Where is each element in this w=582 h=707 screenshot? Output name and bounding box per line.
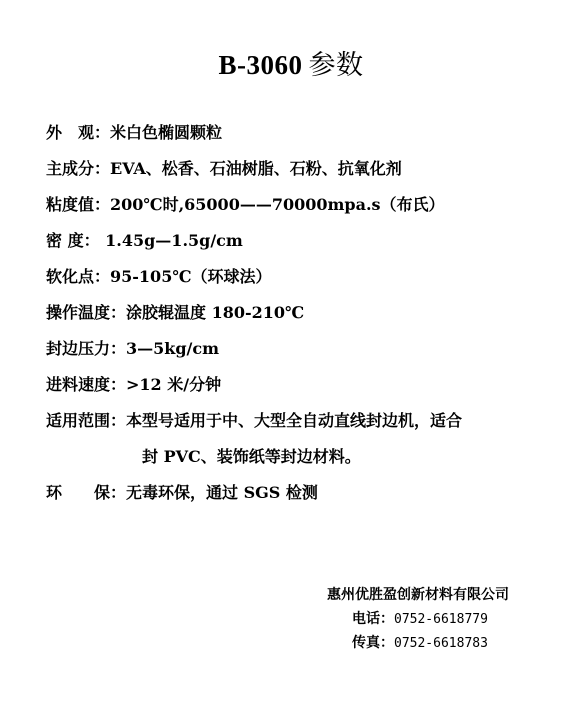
title-model: B-3060 <box>219 50 303 80</box>
spec-value: 95-105℃（环球法） <box>110 265 271 289</box>
spec-value: 涂胶辊温度 180-210℃ <box>126 301 304 325</box>
spec-value: EVA、松香、石油树脂、石粉、抗氧化剂 <box>110 157 402 181</box>
company-name: 惠州优胜盈创新材料有限公司 <box>327 583 509 607</box>
document-title: B-3060参数 <box>0 48 582 82</box>
spec-row-composition: 主成分： EVA、松香、石油树脂、石粉、抗氧化剂 <box>46 157 556 193</box>
spec-value: 无毒环保，通过 SGS 检测 <box>126 481 318 505</box>
spec-value: 1.45g—1.5g/cm <box>100 229 243 253</box>
spec-row-edge-pressure: 封边压力： 3—5kg/cm <box>46 337 556 373</box>
spec-label: 外 观： <box>46 121 110 145</box>
spec-label: 封边压力： <box>46 337 126 361</box>
spec-row-viscosity: 粘度值： 200℃时,65000——70000mpa.s（布氏） <box>46 193 556 229</box>
spec-value: 本型号适用于中、大型全自动直线封边机，适合 <box>126 409 462 433</box>
spec-value: 封 PVC、装饰纸等封边材料。 <box>142 445 361 469</box>
spec-label: 操作温度： <box>46 301 126 325</box>
spec-row-application-continued: 封 PVC、装饰纸等封边材料。 <box>46 445 556 481</box>
phone-number: 0752-6618779 <box>394 612 488 627</box>
title-suffix: 参数 <box>309 50 364 80</box>
phone-line: 电话：0752-6618779 <box>352 607 488 632</box>
spec-row-feed-speed: 进料速度： >12 米/分钟 <box>46 373 556 409</box>
spec-value: 200℃时,65000——70000mpa.s（布氏） <box>110 193 445 217</box>
spec-row-application: 适用范围： 本型号适用于中、大型全自动直线封边机，适合 <box>46 409 556 445</box>
spec-label: 主成分： <box>46 157 110 181</box>
fax-label: 传真： <box>352 635 394 651</box>
spec-row-appearance: 外 观： 米白色椭圆颗粒 <box>46 121 556 157</box>
spec-row-softening-point: 软化点： 95-105℃（环球法） <box>46 265 556 301</box>
spec-label: 粘度值： <box>46 193 110 217</box>
spec-list: 外 观： 米白色椭圆颗粒 主成分： EVA、松香、石油树脂、石粉、抗氧化剂 粘度… <box>46 121 556 517</box>
spec-value: 米白色椭圆颗粒 <box>110 121 222 145</box>
spec-label: 软化点： <box>46 265 110 289</box>
spec-value: >12 米/分钟 <box>126 373 221 397</box>
spec-label: 进料速度： <box>46 373 126 397</box>
fax-line: 传真：0752-6618783 <box>352 631 488 656</box>
fax-number: 0752-6618783 <box>394 636 488 651</box>
spec-row-density: 密 度： 1.45g—1.5g/cm <box>46 229 556 265</box>
spec-row-operating-temperature: 操作温度： 涂胶辊温度 180-210℃ <box>46 301 556 337</box>
spec-label: 密 度： <box>46 229 100 253</box>
spec-label: 适用范围： <box>46 409 126 433</box>
spec-label: 环 保： <box>46 481 126 505</box>
spec-value: 3—5kg/cm <box>126 337 219 361</box>
spec-row-environmental: 环 保： 无毒环保，通过 SGS 检测 <box>46 481 556 517</box>
phone-label: 电话： <box>352 611 394 627</box>
